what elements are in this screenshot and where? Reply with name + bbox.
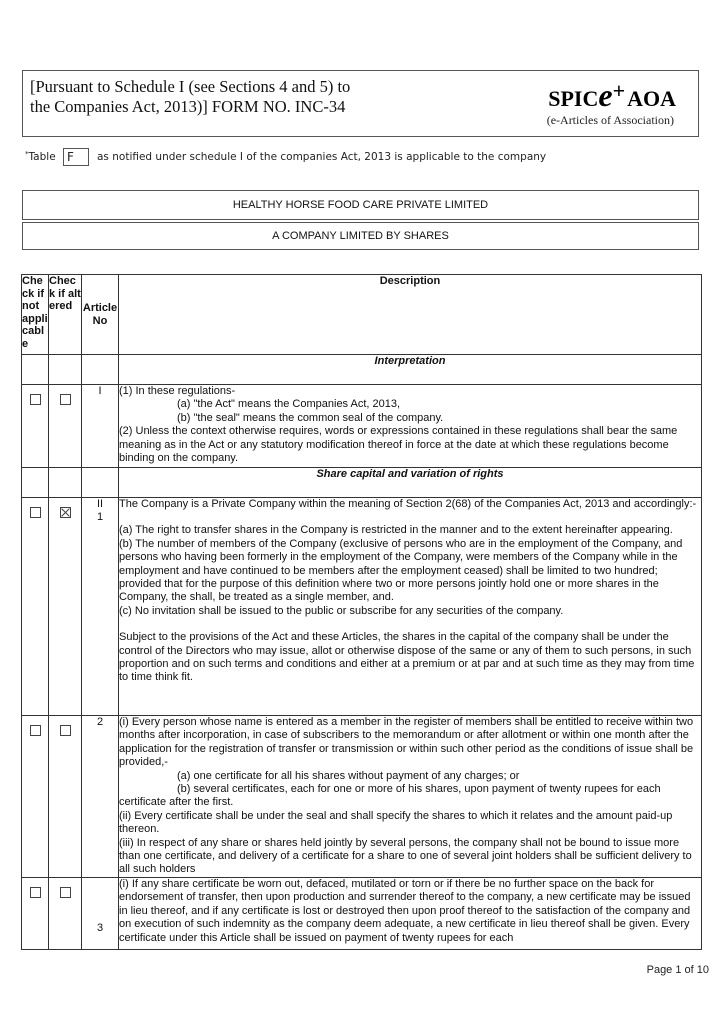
brand-e: e	[598, 77, 611, 113]
page-number: Page 1 of 10	[647, 964, 709, 976]
not-applicable-checkbox[interactable]	[30, 887, 41, 898]
not-applicable-cell	[22, 877, 49, 949]
table-selection-text: as notified under schedule I of the comp…	[97, 151, 546, 163]
section-row: Interpretation	[22, 355, 702, 385]
altered-checkbox-checked[interactable]	[60, 507, 71, 518]
article-text: (i) If any share certificate be worn out…	[119, 878, 701, 945]
form-title: [Pursuant to Schedule I (see Sections 4 …	[30, 77, 450, 117]
article-number: 3	[82, 877, 119, 949]
empty-cell	[82, 355, 119, 385]
col-not-applicable: Check if not applicable	[22, 275, 49, 355]
article-text: (iii) In respect of any share or shares …	[119, 837, 701, 877]
article-text: (ii) Every certificate shall be under th…	[119, 810, 701, 837]
not-applicable-cell	[22, 385, 49, 468]
article-description: The Company is a Private Company within …	[119, 498, 702, 716]
altered-checkbox[interactable]	[60, 394, 71, 405]
article-number-main: II	[82, 498, 118, 511]
section-share-capital: Share capital and variation of rights	[119, 468, 702, 498]
article-row: 3 (i) If any share certificate be worn o…	[22, 877, 702, 949]
empty-cell	[49, 468, 82, 498]
article-text: (a) one certificate for all his shares w…	[119, 770, 701, 783]
not-applicable-checkbox[interactable]	[30, 725, 41, 736]
section-interpretation: Interpretation	[119, 355, 702, 385]
article-description: (i) If any share certificate be worn out…	[119, 877, 702, 949]
empty-cell	[82, 468, 119, 498]
article-number-sub: 1	[82, 511, 118, 524]
not-applicable-cell	[22, 498, 49, 716]
not-applicable-checkbox[interactable]	[30, 507, 41, 518]
section-row: Share capital and variation of rights	[22, 468, 702, 498]
empty-cell	[49, 355, 82, 385]
article-text: (a) "the Act" means the Companies Act, 2…	[119, 398, 701, 411]
article-description: (1) In these regulations- (a) "the Act" …	[119, 385, 702, 468]
company-type: A COMPANY LIMITED BY SHARES	[22, 222, 699, 250]
brand-suffix: AOA	[627, 86, 676, 111]
form-header: [Pursuant to Schedule I (see Sections 4 …	[22, 70, 699, 137]
col-altered: Check if altered	[49, 275, 82, 355]
empty-cell	[22, 355, 49, 385]
article-text: (c) No invitation shall be issued to the…	[119, 605, 701, 618]
articles-table: Check if not applicable Check if altered…	[21, 274, 702, 950]
altered-cell	[49, 385, 82, 468]
spice-aoa-logo: SPICe+AOA	[548, 77, 676, 114]
brand-plus: +	[613, 78, 626, 103]
article-number: II 1	[82, 498, 119, 716]
article-text: (b) several certificates, each for one o…	[119, 783, 701, 810]
altered-cell	[49, 716, 82, 878]
article-row: II 1 The Company is a Private Company wi…	[22, 498, 702, 716]
article-text: (i) Every person whose name is entered a…	[119, 716, 701, 770]
form-title-line-1: [Pursuant to Schedule I (see Sections 4 …	[30, 77, 450, 97]
altered-cell	[49, 877, 82, 949]
article-description: (i) Every person whose name is entered a…	[119, 716, 702, 878]
article-text: (b) The number of members of the Company…	[119, 538, 701, 605]
article-text: (b) "the seal" means the common seal of …	[119, 412, 701, 425]
article-text: (2) Unless the context otherwise require…	[119, 425, 701, 465]
not-applicable-cell	[22, 716, 49, 878]
article-row: 2 (i) Every person whose name is entered…	[22, 716, 702, 878]
table-label: Table	[29, 151, 56, 163]
col-article-no: Article No	[82, 275, 119, 355]
form-title-line-2: the Companies Act, 2013)] FORM NO. INC-3…	[30, 97, 450, 117]
table-selection-line: *Table Fas notified under schedule I of …	[25, 148, 546, 166]
article-text: (a) The right to transfer shares in the …	[119, 524, 701, 537]
article-text: (1) In these regulations-	[119, 385, 701, 398]
empty-cell	[22, 468, 49, 498]
article-number: 2	[82, 716, 119, 878]
table-value-field[interactable]: F	[63, 148, 89, 166]
company-name: HEALTHY HORSE FOOD CARE PRIVATE LIMITED	[22, 190, 699, 220]
brand-prefix: SPIC	[548, 86, 598, 111]
altered-cell	[49, 498, 82, 716]
table-header-row: Check if not applicable Check if altered…	[22, 275, 702, 355]
altered-checkbox[interactable]	[60, 725, 71, 736]
article-number: I	[82, 385, 119, 468]
article-text: Subject to the provisions of the Act and…	[119, 631, 701, 685]
article-text: The Company is a Private Company within …	[119, 498, 701, 511]
article-row: I (1) In these regulations- (a) "the Act…	[22, 385, 702, 468]
col-description: Description	[119, 275, 702, 355]
altered-checkbox[interactable]	[60, 887, 71, 898]
not-applicable-checkbox[interactable]	[30, 394, 41, 405]
form-subtitle: (e-Articles of Association)	[547, 113, 674, 128]
